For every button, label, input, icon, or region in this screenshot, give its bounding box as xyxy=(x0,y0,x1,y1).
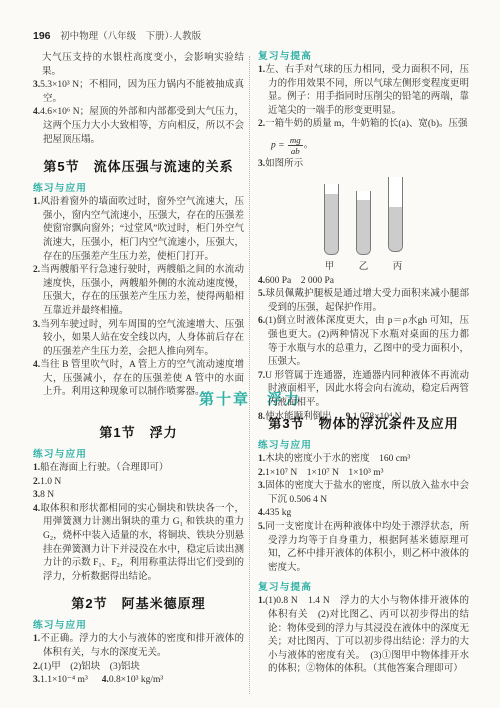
right-column-lower: 第3节 物体的浮沉条件及应用 练习与应用 1.木块的密度小于水的密度 160 c… xyxy=(258,404,469,677)
subhead-practice: 练习与应用 xyxy=(258,437,469,451)
test-tube-yi xyxy=(356,191,371,255)
answer-item: 4.取体积和形状都相同的实心铜块和铁块各一个，用弹簧测力计测出铜块的重力 G₁ … xyxy=(33,503,244,585)
page-number: 196 xyxy=(33,30,51,42)
fraction: mg ab xyxy=(288,135,303,156)
answer-item: 3.5.3×10³ N；不相同，因为压力锅内不能被抽成真空。 xyxy=(33,79,244,106)
answer-item: 2.1.0 N xyxy=(33,476,244,490)
answer-item: 1.船在海面上行驶。（合理即可） xyxy=(33,462,244,476)
section-title-s5: 第5节 流体压强与流速的关系 xyxy=(33,156,244,175)
left-column-lower: 第1节 浮力 练习与应用 1.船在海面上行驶。（合理即可） 2.1.0 N 3.… xyxy=(33,413,244,688)
answer-item: 2.当两艘船平行急速行驶时，两艘船之间的水流动速度快，压强小，两艘船外侧的水流动… xyxy=(33,264,244,318)
subhead-practice: 练习与应用 xyxy=(33,617,244,631)
answer-item: 1.左、右手对气球的压力相同，受力面积不同，压力的作用效果不同，所以气球左侧形变… xyxy=(258,64,469,118)
answer-item: 3.如图所示 xyxy=(258,158,469,172)
test-tube-jia xyxy=(324,184,339,255)
liquid-fill xyxy=(357,200,370,254)
test-tube-bing xyxy=(388,177,403,252)
liquid-fill xyxy=(325,194,338,254)
book-page: 196 初中物理（八年级 下册）·人教版 大气压支持的水银柱高度变小，会影响实验… xyxy=(0,0,500,708)
answer-item: 5.同一支密度计在两种液体中均处于漂浮状态，所受浮力均等于自身重力，根据阿基米德… xyxy=(258,521,469,575)
section-title-s1: 第1节 浮力 xyxy=(33,422,244,441)
answer-item: 1.(1)0.8 N 1.4 N 浮力的大小与物体排开液体的体积有关 (2)对比… xyxy=(258,595,469,677)
answer-item-pair: 3.1.1×10⁻⁴ m³4.0.8×10³ kg/m³ xyxy=(33,674,244,688)
answer-item: 2.1×10⁷ N 1×10⁷ N 1×10³ m³ xyxy=(258,467,469,481)
page-header: 196 初中物理（八年级 下册）·人教版 xyxy=(33,28,201,42)
section-title-s2: 第2节 阿基米德原理 xyxy=(33,593,244,612)
column-divider xyxy=(249,56,250,694)
right-column-upper: 复习与提高 1.左、右手对气球的压力相同，受力面积不同，压力的作用效果不同，所以… xyxy=(258,44,469,424)
subhead-practice: 练习与应用 xyxy=(33,446,244,460)
answer-item: 2.(1)甲 (2)铝块 (3)铝块 xyxy=(33,661,244,675)
answer-item: 6.(1)倒立时液体深度更大，由 p＝ρ水gh 可知，压强也更大。(2)两种情况… xyxy=(258,315,469,369)
subhead-review: 复习与提高 xyxy=(258,48,469,62)
answer-item: 4.600 Pa 2 000 Pa xyxy=(258,275,469,289)
answer-item: 3.固体的密度大于盐水的密度，所以放入盐水中会下沉 0.506 4 N xyxy=(258,480,469,507)
pressure-formula: p = mg ab 。 xyxy=(258,135,469,156)
answer-item: 4.4.6×10⁶ N；屋顶的外部和内部都受到大气压力，这两个压力大小大致相等，… xyxy=(33,106,244,147)
answer-item: 5.球员佩戴护腿板是通过增大受力面积来减小腿部受到的压强，起保护作用。 xyxy=(258,288,469,315)
answer-item: 1.木块的密度小于水的密度 160 cm³ xyxy=(258,453,469,467)
answer-item: 3.当列车驶过时，列车周围的空气流速增大、压强较小，如果人站在安全线以内，人身体… xyxy=(33,319,244,360)
section-title-s3: 第3节 物体的浮沉条件及应用 xyxy=(258,413,469,432)
subhead-review: 复习与提高 xyxy=(258,579,469,593)
answer-item: 2.一箱牛奶的质量 m，牛奶箱的长(a)、宽(b)。压强 xyxy=(258,118,469,132)
test-tubes-figure: 甲 乙 丙 xyxy=(258,177,469,272)
left-column-upper: 大气压支持的水银柱高度变小，会影响实验结果。 3.5.3×10³ N；不相同，因… xyxy=(33,52,244,400)
liquid-fill xyxy=(389,207,402,251)
tube-labels: 甲 乙 丙 xyxy=(258,258,469,272)
answer-item: 1.风沿着窗外的墙面吹过时，窗外空气流速大，压强小，窗内空气流速小，压强大，存在… xyxy=(33,196,244,264)
answer-item: 3.8 N xyxy=(33,489,244,503)
subhead-practice: 练习与应用 xyxy=(33,180,244,194)
page-header-title: 初中物理（八年级 下册）·人教版 xyxy=(60,31,201,42)
answer-item: 4.435 kg xyxy=(258,507,469,521)
answer-continuation: 大气压支持的水银柱高度变小，会影响实验结果。 xyxy=(33,52,244,79)
answer-item: 1.不正确。浮力的大小与液体的密度和排开液体的体积有关，与水的深度无关。 xyxy=(33,633,244,660)
